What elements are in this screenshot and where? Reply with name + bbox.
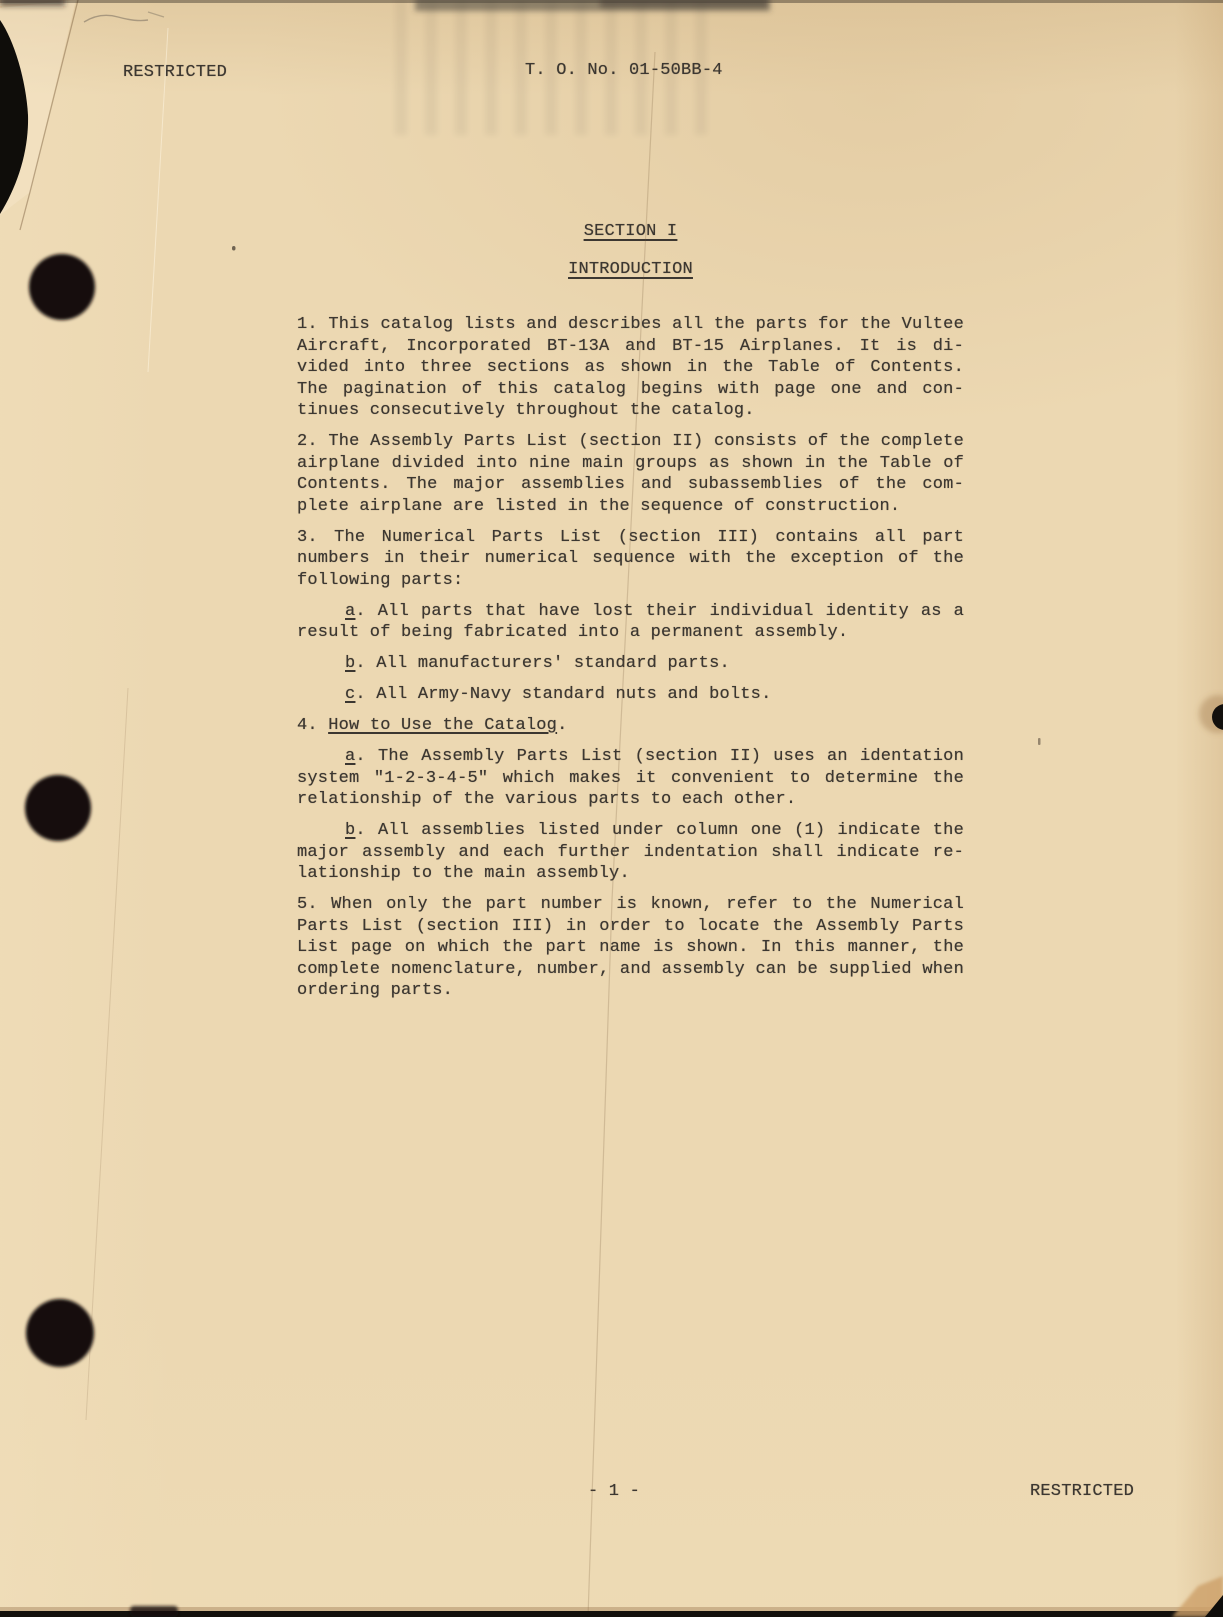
text-line: Aircraft, Incorporated BT-13A and BT-15 …	[297, 336, 964, 358]
text-line: ordering parts.	[297, 980, 964, 1002]
text-line: vided into three sections as shown in th…	[297, 357, 964, 379]
text-line: 5. When only the part number is known, r…	[297, 894, 964, 916]
item-letter: a	[345, 602, 355, 621]
text-line: List page on which the part name is show…	[297, 937, 964, 959]
list-item-4a: a. The Assembly Parts List (section II) …	[297, 746, 964, 811]
paragraph-1: 1. This catalog lists and describes all …	[297, 314, 964, 422]
text-line: lationship to the main assembly.	[297, 863, 964, 885]
item-letter: b	[345, 654, 355, 673]
scanned-document-page: RESTRICTED T. O. No. 01-50BB-4 SECTION I…	[0, 0, 1223, 1617]
item-letter: c	[345, 685, 355, 704]
text-line: 2. The Assembly Parts List (section II) …	[297, 431, 964, 453]
text-line: result of being fabricated into a perman…	[297, 622, 964, 644]
text-line: tinues consecutively throughout the cata…	[297, 400, 964, 422]
text-line: following parts:	[297, 570, 964, 592]
hole-punch-middle	[25, 775, 91, 841]
text-line: a. All parts that have lost their indivi…	[297, 601, 964, 623]
text-line: airplane divided into nine main groups a…	[297, 453, 964, 475]
heading-4: 4. How to Use the Catalog.	[297, 715, 964, 737]
paragraph-3: 3. The Numerical Parts List (section III…	[297, 527, 964, 592]
ink-speck	[1038, 738, 1041, 745]
list-item-4b: b. All assemblies listed under column on…	[297, 820, 964, 885]
pencil-mark	[84, 15, 148, 22]
footer-classification: RESTRICTED	[1030, 1481, 1134, 1503]
section-subtitle: INTRODUCTION	[297, 259, 964, 281]
text-line: c. All Army-Navy standard nuts and bolts…	[297, 684, 964, 706]
text-line: Contents. The major assemblies and subas…	[297, 474, 964, 496]
paragraph-5: 5. When only the part number is known, r…	[297, 894, 964, 1002]
footer-page-number: - 1 -	[588, 1481, 640, 1503]
header-classification: RESTRICTED	[123, 62, 227, 84]
item-letter: b	[345, 821, 355, 840]
crease-line-left	[86, 688, 128, 1420]
text-line: b. All assemblies listed under column on…	[297, 820, 964, 842]
bottom-edge-black	[0, 1611, 1223, 1617]
text-line: major assembly and each further indentat…	[297, 842, 964, 864]
body-text: 1. This catalog lists and describes all …	[297, 314, 964, 1002]
hole-punch-top	[29, 254, 95, 320]
text-line: plete airplane are listed in the sequenc…	[297, 496, 964, 518]
text-line: system "1-2-3-4-5" which makes it conven…	[297, 768, 964, 790]
list-item-a: a. All parts that have lost their indivi…	[297, 601, 964, 644]
paragraph-2: 2. The Assembly Parts List (section II) …	[297, 431, 964, 517]
text-line: a. The Assembly Parts List (section II) …	[297, 746, 964, 768]
text-line: 3. The Numerical Parts List (section III…	[297, 527, 964, 549]
torn-corner-patch	[1172, 1576, 1223, 1617]
heading-underlined-text: How to Use the Catalog	[328, 716, 557, 735]
item-letter: a	[345, 747, 355, 766]
text-line: 1. This catalog lists and describes all …	[297, 314, 964, 336]
text-line: complete nomenclature, number, and assem…	[297, 959, 964, 981]
corner-fold	[0, 0, 76, 215]
right-edge-smudge	[1199, 695, 1223, 733]
text-line: numbers in their numerical sequence with…	[297, 548, 964, 570]
corner-crease-line	[20, 0, 78, 230]
torn-corner-black	[1205, 1595, 1223, 1617]
left-edge-tear-black	[0, 20, 28, 214]
text-line: The pagination of this catalog begins wi…	[297, 379, 964, 401]
bottom-edge-shade	[0, 1607, 1223, 1611]
list-item-c: c. All Army-Navy standard nuts and bolts…	[297, 684, 964, 706]
section-title: SECTION I	[297, 221, 964, 243]
text-line: relationship of the various parts to eac…	[297, 789, 964, 811]
hole-punch-bottom	[26, 1299, 94, 1367]
bottom-edge-nub	[130, 1606, 178, 1617]
text-line: Parts List (section III) in order to loc…	[297, 916, 964, 938]
text-line: b. All manufacturers' standard parts.	[297, 653, 964, 675]
pencil-mark	[148, 12, 164, 17]
list-item-b: b. All manufacturers' standard parts.	[297, 653, 964, 675]
text-line: 4. How to Use the Catalog.	[297, 715, 964, 737]
ink-speck	[232, 246, 236, 251]
header-doc-number: T. O. No. 01-50BB-4	[525, 60, 723, 82]
right-edge-notch	[1212, 704, 1223, 730]
